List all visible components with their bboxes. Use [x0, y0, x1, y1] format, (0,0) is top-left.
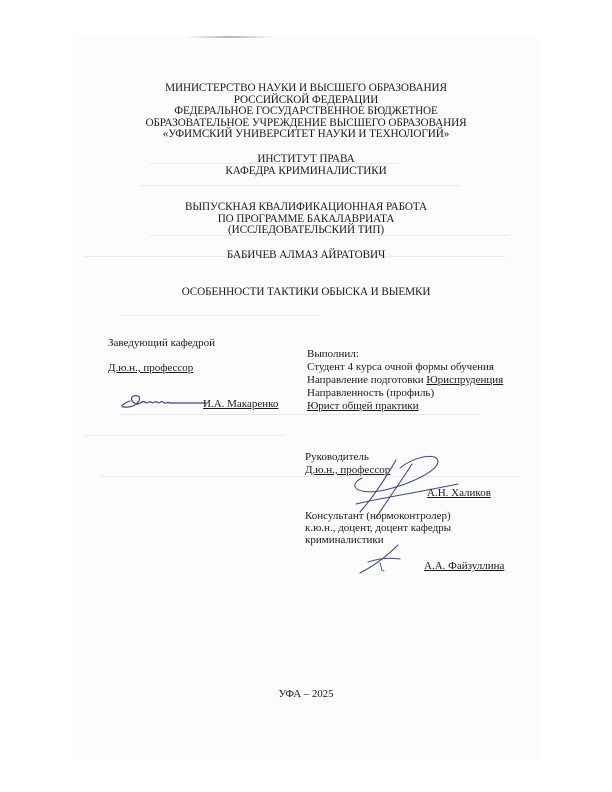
direction-value: Юриспруденция — [426, 374, 503, 386]
head-role: Заведующий кафедрой — [108, 337, 215, 350]
head-name: И.А. Макаренко — [203, 398, 278, 411]
show-through-line — [140, 185, 460, 186]
direction-row: Направление подготовки Юриспруденция — [307, 374, 503, 387]
thesis-title: ОСОБЕННОСТИ ТАКТИКИ ОБЫСКА И ВЫЕМКИ — [0, 287, 612, 299]
consultant-degree: к.ю.н., доцент, доцент кафедры — [305, 522, 451, 535]
thesis-title-text: ОСОБЕННОСТИ ТАКТИКИ ОБЫСКА И ВЫЕМКИ — [0, 287, 612, 299]
consultant-role: Консультант (нормоконтролер) — [305, 510, 451, 523]
work-type-line: ВЫПУСКНАЯ КВАЛИФИКАЦИОННАЯ РАБОТА — [0, 202, 612, 214]
consultant-signature — [358, 543, 408, 575]
performer-line1: Студент 4 курса очной формы обучения — [307, 361, 494, 374]
institute-block: ИНСТИТУТ ПРАВА КАФЕДРА КРИМИНАЛИСТИКИ — [0, 154, 612, 177]
consultant-name: А.А. Файзуллина — [424, 560, 504, 573]
head-signature — [118, 392, 208, 412]
header-line: МИНИСТЕРСТВО НАУКИ И ВЫСШЕГО ОБРАЗОВАНИЯ — [0, 83, 612, 95]
work-type-line: (ИССЛЕДОВАТЕЛЬСКИЙ ТИП) — [0, 225, 612, 237]
show-through-line — [120, 414, 480, 415]
institute-name: ИНСТИТУТ ПРАВА — [0, 154, 612, 166]
ministry-header: МИНИСТЕРСТВО НАУКИ И ВЫСШЕГО ОБРАЗОВАНИЯ… — [0, 83, 612, 141]
supervisor-name: А.Н. Халиков — [427, 487, 491, 500]
direction-label: Направление подготовки — [307, 374, 426, 386]
head-degree: Д.ю.н., профессор — [108, 362, 193, 375]
city-year: УФА – 2025 — [0, 689, 612, 701]
focus-value: Юрист общей практики — [307, 400, 419, 413]
performer-label: Выполнил: — [307, 348, 359, 361]
author-name: БАБИЧЕВ АЛМАЗ АЙРАТОВИЧ — [0, 250, 612, 262]
show-through-line — [85, 435, 285, 436]
city-year-text: УФА – 2025 — [0, 689, 612, 701]
focus-label: Направленность (профиль) — [307, 387, 434, 400]
department-name: КАФЕДРА КРИМИНАЛИСТИКИ — [0, 166, 612, 178]
show-through-line — [120, 315, 320, 316]
paper-edge-shadow — [185, 36, 275, 38]
author-text: БАБИЧЕВ АЛМАЗ АЙРАТОВИЧ — [0, 250, 612, 262]
header-line: «УФИМСКИЙ УНИВЕРСИТЕТ НАУКИ И ТЕХНОЛОГИЙ… — [0, 129, 612, 141]
work-type-block: ВЫПУСКНАЯ КВАЛИФИКАЦИОННАЯ РАБОТА ПО ПРО… — [0, 202, 612, 237]
